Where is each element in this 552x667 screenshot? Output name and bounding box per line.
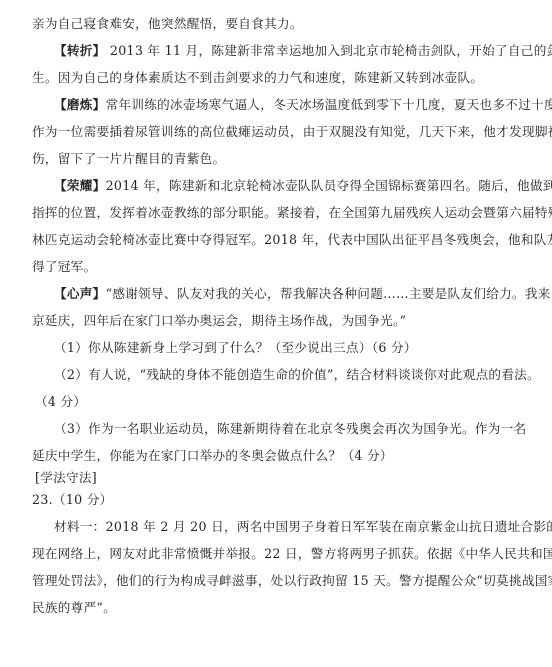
question-3: （3）作为一名职业运动员，陈建新期待着在北京冬残奥会再次为国争光。作为一名 bbox=[54, 421, 527, 437]
paragraph-glory: 【荣耀】2014 年，陈建新和北京轮椅冰壶队队员夺得全国锦标赛第四名。随后，他做… bbox=[54, 178, 552, 194]
text-line: 得了冠军。 bbox=[32, 259, 96, 275]
question-2-score: （4 分） bbox=[35, 394, 86, 410]
exam-page: 亲为自己寝食难安，他突然醒悟，要自食其力。 【转折】 2013 年 11 月，陈… bbox=[0, 0, 552, 667]
text-line: 现在网络上，网友对此非常愤慨并举报。22 日，警方将两男子抓获。依据《中华人民共… bbox=[32, 546, 552, 562]
text-line: 指挥的位置，发挥着冰壶教练的部分职能。紧接着，在全国第九届残疾人运动会暨第六届特… bbox=[32, 205, 552, 221]
text-line: 亲为自己寝食难安，他突然醒悟，要自食其力。 bbox=[32, 16, 303, 32]
section-tag: 【转折】 bbox=[54, 43, 106, 58]
text-line: 管理处罚法》，他们的行为构成寻衅滋事，处以行政拘留 15 天。警方提醒公众“切莫… bbox=[32, 573, 552, 589]
section-tag: 【荣耀】 bbox=[54, 178, 106, 193]
material-1: 材料一：2018 年 2 月 20 日，两名中国男子身着日军军装在南京紫金山抗日… bbox=[54, 519, 552, 535]
question-2: （2）有人说，“残缺的身体不能创造生命的价值”，结合材料谈谈你对此观点的看法。 bbox=[54, 367, 540, 383]
section-tag: 【心声】 bbox=[54, 286, 106, 301]
section-tag: 【磨炼】 bbox=[54, 97, 106, 112]
question-1: （1）你从陈建新身上学习到了什么？（至少说出三点）（6 分） bbox=[54, 340, 417, 356]
section-heading-law: [学法守法] bbox=[35, 470, 97, 486]
text-line: 作为一位需要插着尿管训练的高位截瘫运动员，由于双腿没有知觉，几天下来，他才发现脚… bbox=[32, 124, 552, 140]
text-line: 伤，留下了一片片醒目的青紫色。 bbox=[32, 151, 225, 167]
text-line: 常年训练的冰壶场寒气逼人，冬天冰场温度低到零下十几度，夏天也多不过十度。 bbox=[106, 97, 552, 112]
paragraph-training: 【磨炼】常年训练的冰壶场寒气逼人，冬天冰场温度低到零下十几度，夏天也多不过十度。 bbox=[54, 97, 552, 113]
text-line: 延庆中学生，你能为在家门口举办的冬奥会做点什么？（4 分） bbox=[32, 448, 393, 464]
text-line: “感谢领导、队友对我的关心，帮我解决各种问题……主要是队友们给力。我来自北 bbox=[106, 286, 552, 301]
text-line: 2014 年，陈建新和北京轮椅冰壶队队员夺得全国锦标赛第四名。随后，他做到了副 bbox=[106, 178, 552, 193]
text-line: 2013 年 11 月，陈建新非常幸运地加入到北京市轮椅击剑队，开始了自己的剑客… bbox=[106, 43, 552, 58]
text-line: 民族的尊严”。 bbox=[32, 600, 116, 616]
text-line: 京延庆，四年后在家门口举办奥运会，期待主场作战，为国争光。” bbox=[32, 313, 406, 329]
question-number-23: 23.（10 分） bbox=[32, 492, 113, 508]
paragraph-voice: 【心声】“感谢领导、队友对我的关心，帮我解决各种问题……主要是队友们给力。我来自… bbox=[54, 286, 552, 302]
paragraph-turning-point: 【转折】 2013 年 11 月，陈建新非常幸运地加入到北京市轮椅击剑队，开始了… bbox=[54, 43, 552, 59]
text-line: 林匹克运动会轮椅冰壶比赛中夺得冠军。2018 年，代表中国队出征平昌冬残奥会，他… bbox=[32, 232, 552, 248]
text-line: 生。因为自己的身体素质达不到击剑要求的力气和速度，陈建新又转到冰壶队。 bbox=[32, 70, 483, 86]
